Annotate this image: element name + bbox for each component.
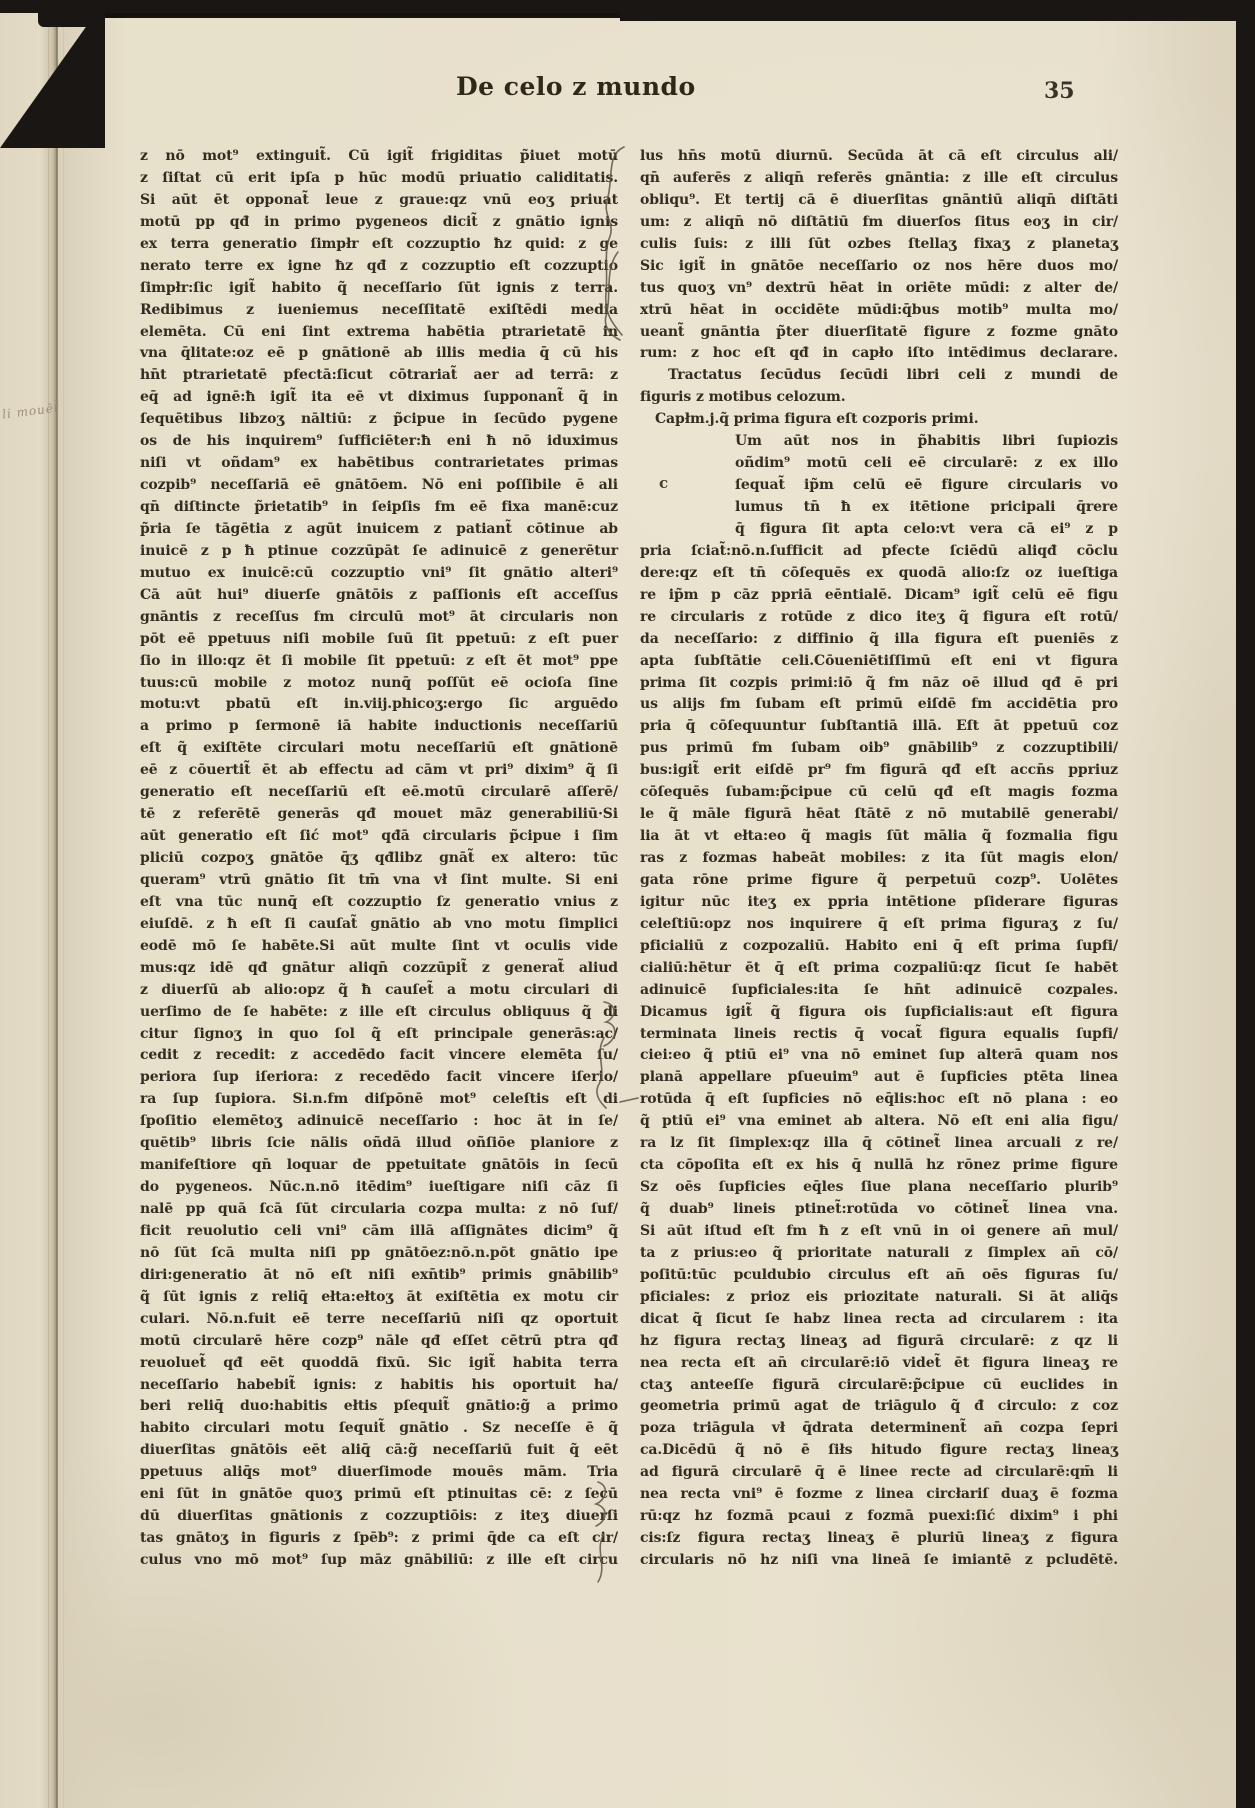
text-line: motū circularē hēre cozp⁹ nāle qđ eſſet … [140, 1331, 618, 1353]
text-line: rum: z hoc eſt qđ in capło iſto intēdimu… [640, 343, 1118, 365]
text-line: Redibimus z iueniemus neceſſitatē exiſtē… [140, 300, 618, 322]
text-line: Sic igit̃ in gnātōe neceſſario oz nos hē… [640, 256, 1118, 278]
text-line: eodē mō ſe habēte.Si aūt multe ſint vt o… [140, 936, 618, 958]
text-line: tus quoʒ vn⁹ dextrū hēat in oriēte mūdi:… [640, 278, 1118, 300]
text-line: nea recta vni⁹ ē fozme z linea circłariſ… [640, 1484, 1118, 1506]
text-line: Um aūt nos in p̃habitis libri ſupiozis [640, 431, 1118, 453]
text-line: figuris z motibus celozum. [640, 387, 1118, 409]
text-line: eq̄ ad ignē:ħ igit̃ ita eē vt diximus ſu… [140, 387, 618, 409]
text-line: poza triāgula vł q̄drata determinent̃ an… [640, 1418, 1118, 1440]
text-line: Cā aūt hui⁹ diuerſe gnātōis z paſſionis … [140, 585, 618, 607]
text-line: us alijs fm ſubam eſt primū eiſdē fm acc… [640, 694, 1118, 716]
text-line: niſi vt oñdam⁹ ex habētibus contrarietat… [140, 453, 618, 475]
text-line: aūt generatio eſt ſić mot⁹ qđā circulari… [140, 826, 618, 848]
text-line: ras z fozmas habeāt mobiles: z ita ſūt m… [640, 848, 1118, 870]
text-line: eni ſūt in gnātōe quoʒ primū eſt ptinuit… [140, 1484, 618, 1506]
text-line: tē z referētē generās qđ mouet māz gener… [140, 804, 618, 826]
text-line: hn̄t ptrarietatē pfectā:ſicut cōtrariat̃… [140, 365, 618, 387]
text-line: q̃ ptiū ei⁹ vna eminet ab altera. Nō eſt… [640, 1111, 1118, 1133]
text-line: pliciū cozpoʒ gnātōe q̄ʒ qđlibz gnāt̃ ex… [140, 848, 618, 870]
text-line: dicat q̃ ſicut ſe habz linea recta ad ci… [640, 1309, 1118, 1331]
text-line: rū:qz hz fozmā pcaui z fozmā puexi:ſić d… [640, 1506, 1118, 1528]
text-line: gnāntis z receſſus fm circulū mot⁹ āt ci… [140, 607, 618, 629]
text-line: Sz oēs ſupficies eq̄les ſiue plana neceſ… [640, 1177, 1118, 1199]
right-text-column: lus hn̄s motū diurnū. Secūda āt cā eſt c… [640, 146, 1118, 1572]
text-line: Tractatus ſecūdus ſecūdi libri celi z mu… [640, 365, 1118, 387]
text-line: circularis nō hz niſi vna lineā ſe imian… [640, 1550, 1118, 1572]
running-header-title: De celo z mundo [456, 72, 756, 101]
text-line: ad figurā circularē q̄ ē linee recte ad … [640, 1462, 1118, 1484]
text-line: diuerſitas gnātōis eēt aliq̄ cā:g̃ neceſ… [140, 1440, 618, 1462]
text-line: reuoluet̃ qđ eēt quoddā fixū. Sic igit̃ … [140, 1353, 618, 1375]
text-line: xtrū hēat in occidēte mūdi:q̄bus motib⁹ … [640, 300, 1118, 322]
text-line: mutuo ex inuicē:cū cozzuptio vni⁹ ſit gn… [140, 563, 618, 585]
text-line: igitur nūc iteʒ ex ppria intētione pſide… [640, 892, 1118, 914]
text-line: re circularis z rotūde z dico iteʒ q̃ fi… [640, 607, 1118, 629]
text-line: tuus:cū mobile z motoz nunq̄ poſſūt eē o… [140, 673, 618, 695]
scanned-book-page: De celo z mundo 35 z nō mot⁹ extinguit̃.… [0, 0, 1255, 1808]
text-line: eiuſdē. z ħ eſt ſi cauſat̃ gnātio ab vno… [140, 914, 618, 936]
text-line: lia āt vt ełta:eo q̃ magis ſūt mālia q̃ … [640, 826, 1118, 848]
text-line: re ip̃m p cāz ppriā eēntialē. Dicam⁹ igi… [640, 585, 1118, 607]
text-line: um: z aliqn̄ nō diſtātiū fm diuerſos ſit… [640, 212, 1118, 234]
text-line: vna q̄litate:oz eē p gnātionē ab illis m… [140, 343, 618, 365]
text-line: motū pp qđ in primo pygeneos dicit̃ z gn… [140, 212, 618, 234]
text-line: geometria primū agat de triāgulo q̃ đ ci… [640, 1396, 1118, 1418]
text-line: culari. Nō.n.fuit eē terre neceſſariū ni… [140, 1309, 618, 1331]
text-line: eſt q̃ exiſtēte circulari motu neceſſari… [140, 738, 618, 760]
text-line: terminata lineis rectis q̄ vocat̃ figura… [640, 1024, 1118, 1046]
text-line: lumus tn̄ ħ ex itētione pricipali q̄rere [640, 497, 1118, 519]
text-line: nalē pp quā ſcā ſūt circularia cozpa mul… [140, 1199, 618, 1221]
text-line: tas gnātoʒ in figuris z ſpēb⁹: z primi q… [140, 1528, 618, 1550]
text-line: qn̄ diſtincte p̃rietatib⁹ in ſeipſis fm … [140, 497, 618, 519]
text-line: ppetuus aliq̄s mot⁹ diuerſimode mouēs mā… [140, 1462, 618, 1484]
left-text-column: z nō mot⁹ extinguit̃. Cū igit̃ frigidita… [140, 146, 618, 1572]
text-line: pficiales: z prioz eis priozitate natura… [640, 1287, 1118, 1309]
text-line: culis ſuis: z illi ſūt ozbes ſtellaʒ fix… [640, 234, 1118, 256]
text-line: cis:ſz figura rectaʒ lineaʒ ē pluriū lin… [640, 1528, 1118, 1550]
text-line: culus vno mō mot⁹ ſup māz gnābiliū: z il… [140, 1550, 618, 1572]
text-line: adinuicē ſupficiales:ita ſe hn̄t adinuic… [640, 980, 1118, 1002]
text-line: citur ſignoʒ in quo ſol q̃ eſt principal… [140, 1024, 618, 1046]
text-line: nerato terre ex igne ħz qđ z cozzuptio e… [140, 256, 618, 278]
text-line: quētib⁹ libris ſcie nālis oñdā illud oñſ… [140, 1133, 618, 1155]
text-line: ſequat̃ ip̃m celū eē figure circularis v… [640, 475, 1118, 497]
text-line: lus hn̄s motū diurnū. Secūda āt cā eſt c… [640, 146, 1118, 168]
text-line: pōt eē ppetuus niſi mobile ſuū ſit ppetu… [140, 629, 618, 651]
text-line: pria q̄ cōſequuntur ſubſtantiā illā. Eſt… [640, 716, 1118, 738]
text-line: cozpib⁹ neceſſariā eē gnātōem. Nō eni po… [140, 475, 618, 497]
text-line: manifeſtiore qn̄ loquar de ppetuitate gn… [140, 1155, 618, 1177]
text-line: neceſſario habebit̃ ignis: z habitis his… [140, 1375, 618, 1397]
text-line: oñdim⁹ motū celi eē circularē: z ex illo [640, 453, 1118, 475]
ink-squiggle-mark [588, 1478, 618, 1590]
text-line: celeſtiū:opz nos inquirere q̄ eſt prima … [640, 914, 1118, 936]
text-line: a primo p ſermonē iā habite inductionis … [140, 716, 618, 738]
gutter-crease-line [63, 10, 64, 1808]
ink-dash-mark [618, 1094, 640, 1106]
text-line: Si aūt iſtud eſt fm ħ z eſt vnū in oi ge… [640, 1221, 1118, 1243]
text-line: pficialiū z cozpozaliū. Habito eni q̄ eſ… [640, 936, 1118, 958]
text-line: nō ſūt ſcā multa niſi pp gnātōez:nō.n.pō… [140, 1243, 618, 1265]
text-line: cialiū:hētur ēt q̄ eſt prima cozpaliū:qz… [640, 958, 1118, 980]
text-line: ctaʒ anteeſſe figurā circularē:p̃cipue c… [640, 1375, 1118, 1397]
text-line: periora ſup iſeriora: z recedēdo facit v… [140, 1067, 618, 1089]
text-line: cta cōpoſita eſt ex his q̄ nullā hz rōne… [640, 1155, 1118, 1177]
text-line: ta z prius:eo q̃ prioritate naturali z ſ… [640, 1243, 1118, 1265]
text-line: nea recta eſt an̄ circularē:iō videt̃ ēt… [640, 1353, 1118, 1375]
dropcap-guide-letter: c [659, 474, 668, 492]
text-line: qn̄ auferēs z aliqn̄ referēs gnāntia: z … [640, 168, 1118, 190]
text-line: prima ſit cozpis primi:iō q̃ fm nāz oē i… [640, 673, 1118, 695]
text-line: gata rōne prime figure q̃ perpetuū cozp⁹… [640, 870, 1118, 892]
text-line: Si aūt ēt opponat̃ leue z graue:qz vnū e… [140, 190, 618, 212]
text-line: ex terra generatio ſimpłr eſt cozzuptio … [140, 234, 618, 256]
text-line: ſequētibus libzoʒ nāltiū: z p̃cipue in ſ… [140, 409, 618, 431]
text-line: apta ſubſtātie celi.Cōueniētiſſimū eſt e… [640, 651, 1118, 673]
text-line: bus:igit̃ erit eiſdē pr⁹ fm figurā qđ eſ… [640, 760, 1118, 782]
text-line: elemēta. Cū eni ſint extrema habētia ptr… [140, 322, 618, 344]
text-line: z diuerſū ab alio:opz q̃ ħ cauſet̃ a mot… [140, 980, 618, 1002]
text-line: ra lz ſit ſimplex:qz illa q̄ cōtinet̃ li… [640, 1133, 1118, 1155]
text-line: q̃ ſūt ignis z reliq̄ ełta:ełtoʒ āt exiſ… [140, 1287, 618, 1309]
text-line: ſpoſitio elemētoʒ adinuicē neceſſario : … [140, 1111, 618, 1133]
text-line: ſimpłr:ſic igit̃ habito q̃ neceſſario ſū… [140, 278, 618, 300]
text-line: pus primū fm ſubam oib⁹ gnābilib⁹ z cozz… [640, 738, 1118, 760]
text-line: dere:qz eſt tn̄ cōſequēs ex quodā alio:ſ… [640, 563, 1118, 585]
text-line: eſt vna tūc nunq̄ eſt cozzuptio ſz gener… [140, 892, 618, 914]
text-line: ſio in illo:qz ēt ſi mobile ſit ppetuū: … [140, 651, 618, 673]
text-line: p̃ria ſe tāgētia z agūt inuicem z patian… [140, 519, 618, 541]
text-line: q̃ duab⁹ lineis ptinet̃:rotūda vo cōtine… [640, 1199, 1118, 1221]
text-line: do pygeneos. Nūc.n.nō itēdim⁹ iueſtigare… [140, 1177, 618, 1199]
text-line: inuicē z p ħ ptinue cozzūpāt ſe adinuicē… [140, 541, 618, 563]
text-line: dū diuerſitas gnātionis z cozzuptiōis: z… [140, 1506, 618, 1528]
gutter-crease-line [48, 10, 49, 1808]
text-line: beri reliq̄ duo:habitis ełtis pſequit̃ g… [140, 1396, 618, 1418]
text-line: obliqu⁹. Et tertij cā ē diuerſitas gnānt… [640, 190, 1118, 212]
text-line: pria ſciat̃:nō.n.ſufficit ad pfecte ſciē… [640, 541, 1118, 563]
text-line: Dicamus igit̃ q̃ figura ois ſupficialis:… [640, 1002, 1118, 1024]
text-line: os de his inquirem⁹ ſufficiēter:ħ eni ħ … [140, 431, 618, 453]
ink-squiggle-mark [590, 1036, 614, 1110]
text-line: cedit z recedit: z accedēdo facit vincer… [140, 1045, 618, 1067]
text-line: planā appellare pſueuim⁹ aut ē ſupficies… [640, 1067, 1118, 1089]
folio-page-number: 35 [1044, 78, 1075, 104]
scan-edge-right [1236, 0, 1255, 1808]
text-line: eē z cōuertit̃ ēt ab effectu ad cām vt p… [140, 760, 618, 782]
text-line: habito circulari motu ſequit̃ gnātio . S… [140, 1418, 618, 1440]
text-line: hz figura rectaʒ lineaʒ ad figurā circul… [640, 1331, 1118, 1353]
scan-edge-top [620, 0, 1255, 21]
text-line: z ſiſtat cū erit ipſa p hūc modū priuati… [140, 168, 618, 190]
ink-brace-mark [596, 250, 630, 345]
text-line: rotūda q̄ eſt ſupficies nō eq̄lis:hoc eſ… [640, 1089, 1118, 1111]
text-line: q̄ figura ſit apta celo:vt vera cā ei⁹ z… [640, 519, 1118, 541]
text-line: ficit reuolutio celi vni⁹ cām illā aſſig… [140, 1221, 618, 1243]
text-line: Capłm.j.q̃ prima figura eſt cozporis pri… [640, 409, 1118, 431]
text-line: da neceſſario: z diffinio q̃ illa figura… [640, 629, 1118, 651]
text-line: generatio eſt neceſſariū eſt eē.motū cir… [140, 782, 618, 804]
text-line: ciei:eo q̃ ptiū ei⁹ vna nō eminet ſup al… [640, 1045, 1118, 1067]
text-line: diri:generatio āt nō eſt niſi exn̄tib⁹ p… [140, 1265, 618, 1287]
text-line: cōſequēs ſubam:p̃cipue cū celū qđ eſt ma… [640, 782, 1118, 804]
text-line: motu:vt pbatū eſt in.viij.phicoʒ:ergo ſi… [140, 694, 618, 716]
text-line: queram⁹ vtrū gnātio ſit tm̄ vna vł ſint … [140, 870, 618, 892]
text-line: poſitū:tūc pculdubio circulus eſt an̄ oē… [640, 1265, 1118, 1287]
text-line: uerſimo de ſe habēte: z ille eſt circulu… [140, 1002, 618, 1024]
text-line: ueant̃ gnāntia p̃ter diuerſitatē figure … [640, 322, 1118, 344]
text-line: ra ſup ſupiora. Si.n.fm diſpōnē mot⁹ cel… [140, 1089, 618, 1111]
text-line: mus:qz idē qđ gnātur aliqn̄ cozzūpit̃ z … [140, 958, 618, 980]
gutter-crease-line [56, 10, 58, 1808]
text-line: z nō mot⁹ extinguit̃. Cū igit̃ frigidita… [140, 146, 618, 168]
text-line: ca.Dicēdū q̃ nō ē ſiłs hitudo figure rec… [640, 1440, 1118, 1462]
text-line: le q̃ māle figurā hēat ſtātē z nō mutabi… [640, 804, 1118, 826]
